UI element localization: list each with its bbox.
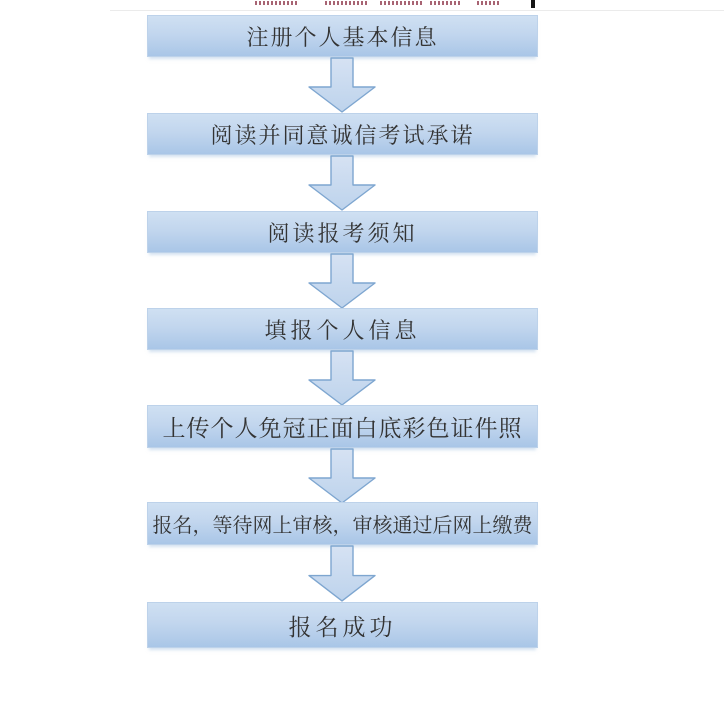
- dotted-underline-fragment: [380, 1, 423, 5]
- dotted-underline-fragment: [325, 1, 368, 5]
- down-arrow-icon: [308, 155, 376, 211]
- flow-step-label: 报名，等待网上审核，审核通过后网上缴费: [153, 509, 533, 538]
- dotted-underline-fragment: [430, 1, 461, 5]
- flow-step-label: 上传个人免冠正面白底彩色证件照: [163, 410, 523, 443]
- cropped-text-tick: [531, 0, 535, 8]
- cropped-hairline: [110, 10, 724, 11]
- flow-step-submit-review-pay: 报名，等待网上审核，审核通过后网上缴费: [147, 502, 538, 545]
- down-arrow-icon: [308, 448, 376, 504]
- flow-step-register-basic-info: 注册个人基本信息: [147, 15, 538, 57]
- flow-step-agree-honesty-pledge: 阅读并同意诚信考试承诺: [147, 113, 538, 155]
- flow-step-label: 报名成功: [289, 609, 397, 642]
- down-arrow-icon: [308, 253, 376, 309]
- dotted-underline-fragment: [477, 1, 501, 5]
- flow-step-read-exam-notice: 阅读报考须知: [147, 211, 538, 253]
- flowchart-canvas: 注册个人基本信息 阅读并同意诚信考试承诺 阅读报考须知 填报个人信息: [0, 0, 724, 702]
- flow-step-fill-personal-info: 填报个人信息: [147, 308, 538, 350]
- flow-step-label: 注册个人基本信息: [246, 21, 438, 52]
- flow-step-label: 阅读报考须知: [267, 217, 417, 248]
- flow-step-registration-success: 报名成功: [147, 602, 538, 648]
- flow-step-upload-id-photo: 上传个人免冠正面白底彩色证件照: [147, 405, 538, 448]
- flow-step-label: 阅读并同意诚信考试承诺: [210, 119, 474, 150]
- down-arrow-icon: [308, 545, 376, 602]
- down-arrow-icon: [308, 57, 376, 113]
- down-arrow-icon: [308, 350, 376, 406]
- dotted-underline-fragment: [255, 1, 299, 5]
- flow-step-label: 填报个人信息: [264, 314, 420, 345]
